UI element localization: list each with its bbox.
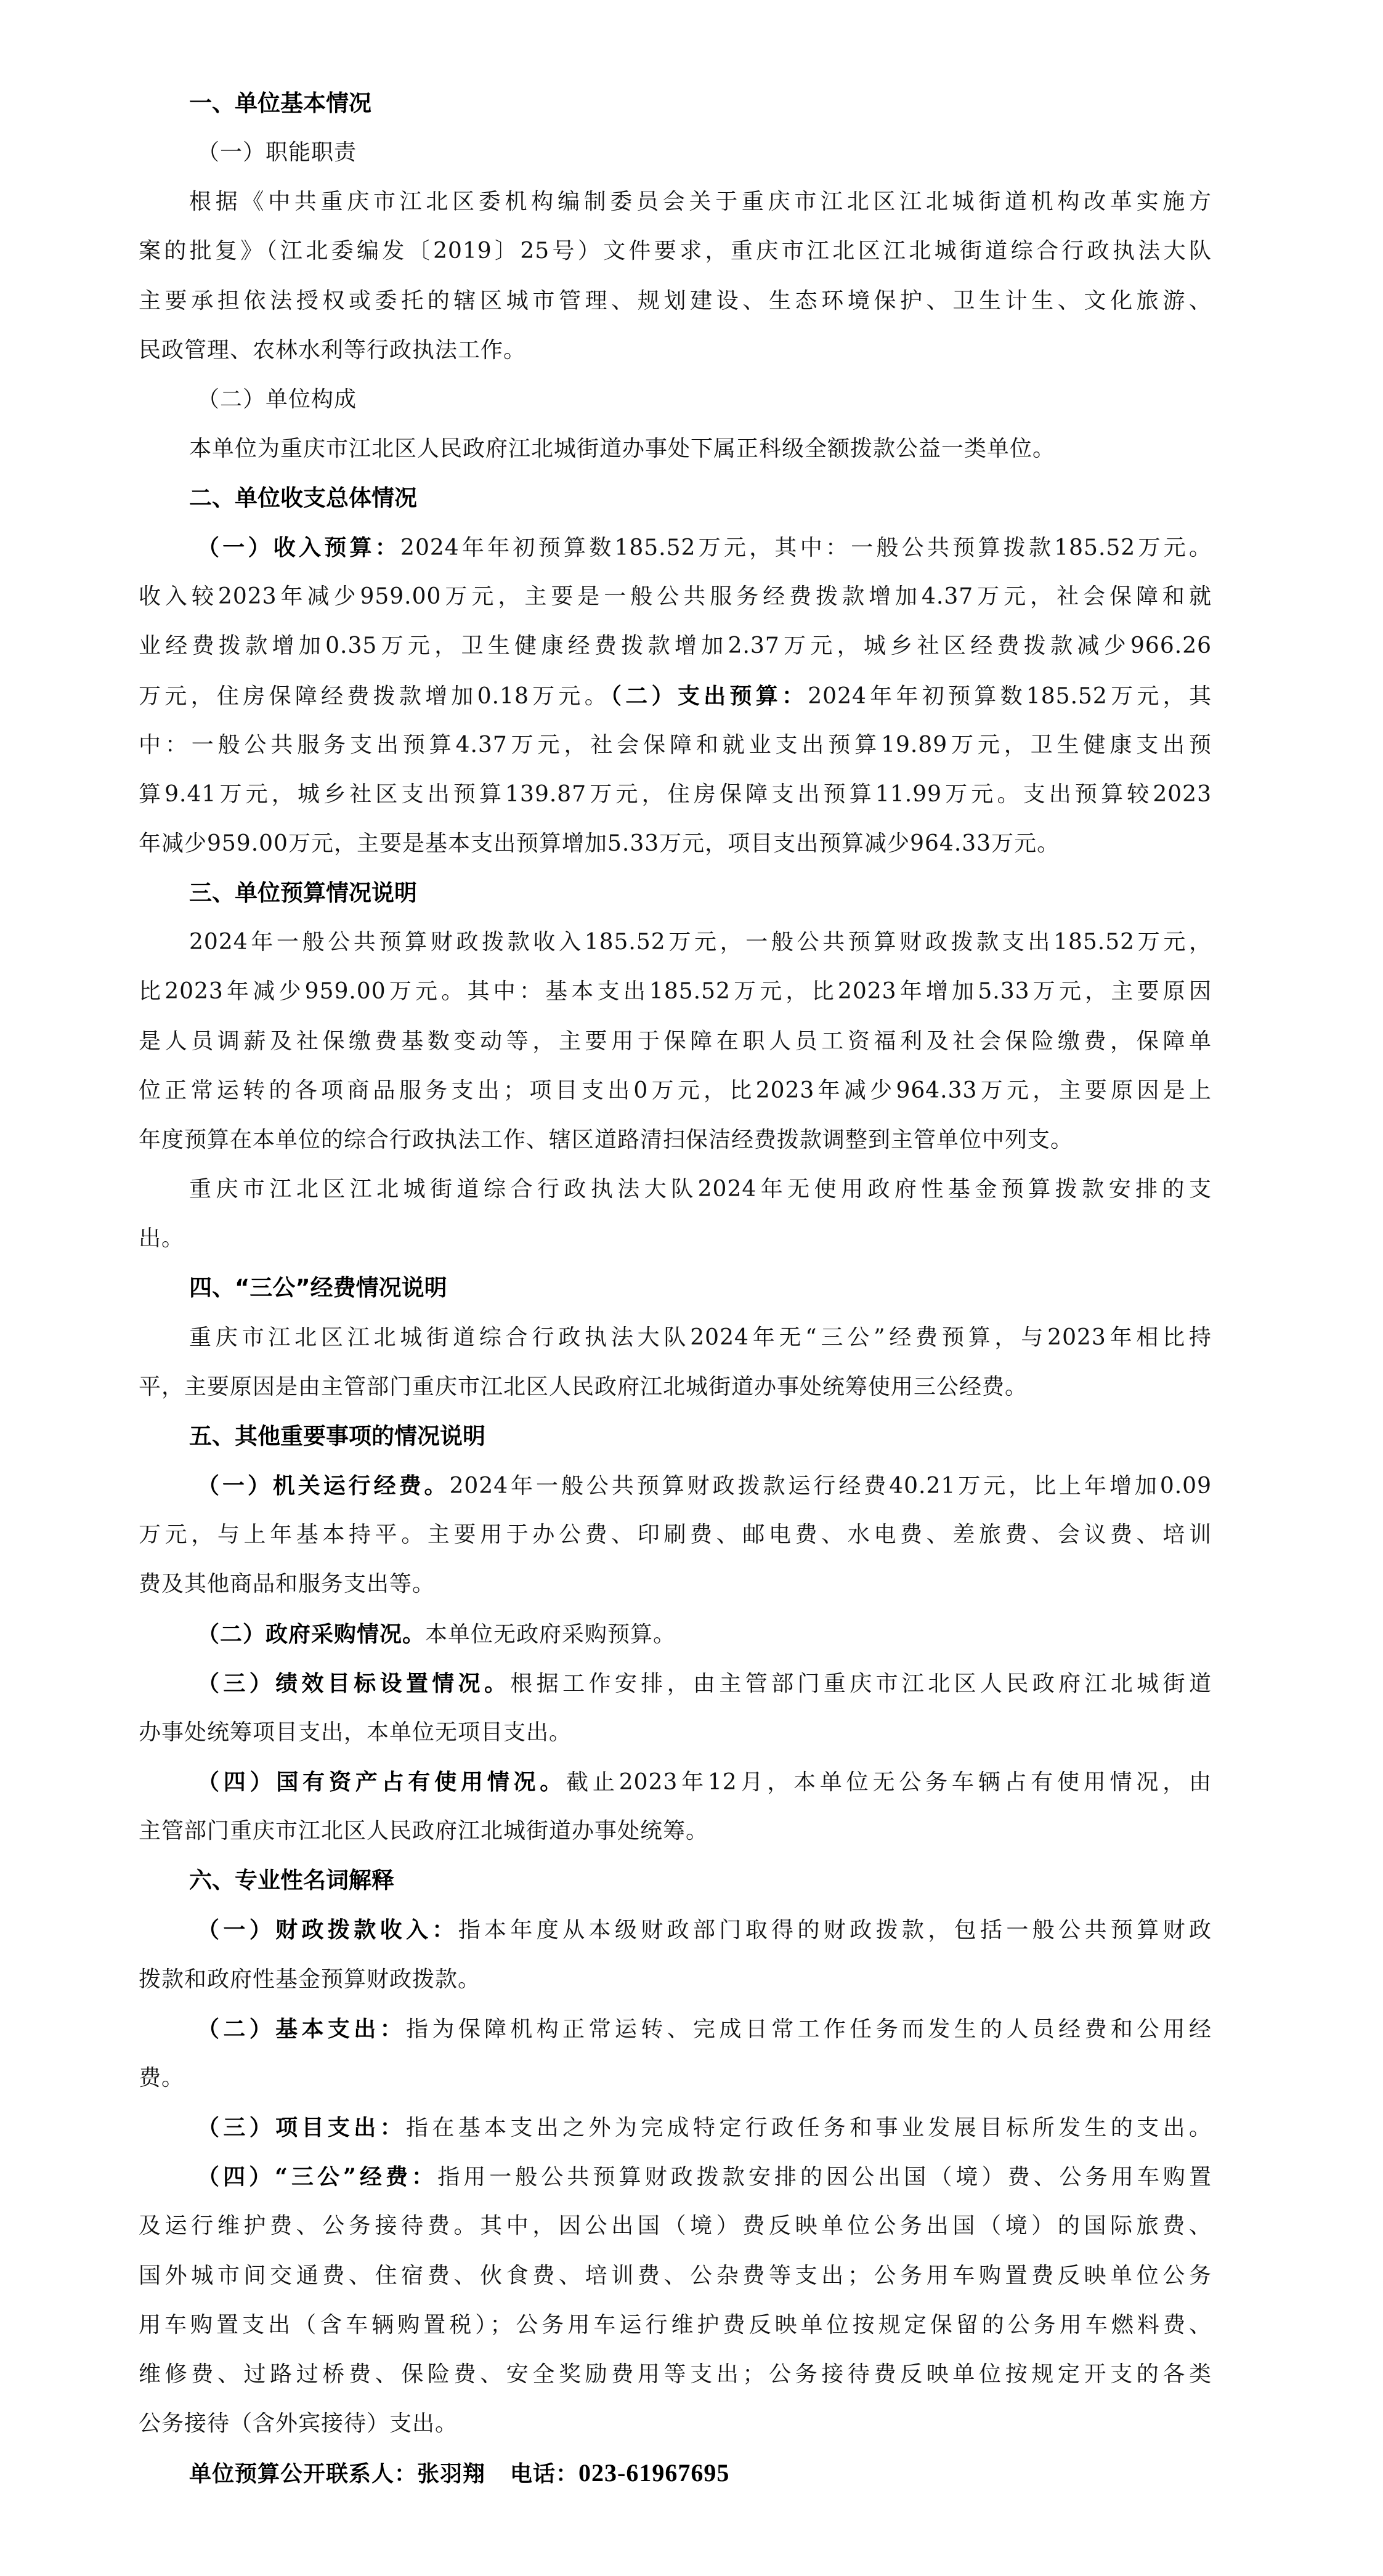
paragraph-line: 本单位为重庆市江北区人民政府江北城街道办事处下属正科级全额拨款公益一类单位。 — [189, 424, 1212, 474]
performance-label: （三）绩效目标设置情况。 — [197, 1671, 510, 1696]
paragraph-line: 中：一般公共服务支出预算4.37万元，社会保障和就业支出预算19.89万元，卫生… — [139, 721, 1212, 770]
paragraph-line: 算9.41万元，城乡社区支出预算139.87万元，住房保障支出预算11.99万元… — [139, 770, 1212, 819]
phone-number: 023-61967695 — [578, 2459, 729, 2487]
paragraph-line: 比2023年减少959.00万元。其中：基本支出185.52万元，比2023年增… — [139, 967, 1212, 1016]
expense-budget-label: （二）支出预算： — [610, 683, 808, 709]
section-heading-3: 三、单位预算情况说明 — [189, 869, 417, 918]
paragraph-line: （四）“三公”经费：指用一般公共预算财政拨款安排的因公出国（境）费、公务用车购置 — [197, 2152, 1212, 2201]
assets-text: 截止2023年12月，本单位无公务车辆占有使用情况，由 — [566, 1770, 1212, 1795]
term-project-expense-label: （三）项目支出： — [197, 2115, 406, 2141]
paragraph-line: （三）项目支出：指在基本支出之外为完成特定行政任务和事业发展目标所发生的支出。 — [197, 2103, 1212, 2152]
contact-person: 单位预算公开联系人：张羽翔 — [189, 2461, 485, 2487]
paragraph-line: 年减少959.00万元，主要是基本支出预算增加5.33万元，项目支出预算减少96… — [139, 819, 1212, 869]
section-heading-2: 二、单位收支总体情况 — [189, 474, 417, 523]
term-fiscal-income-text: 指本年度从本级财政部门取得的财政拨款，包括一般公共预算财政 — [458, 1918, 1212, 1943]
expense-budget-text: 2024年年初预算数185.52万元，其 — [808, 684, 1212, 709]
term-project-expense-text: 指在基本支出之外为完成特定行政任务和事业发展目标所发生的支出。 — [406, 2115, 1212, 2141]
paragraph-line: 万元，住房保障经费拨款增加0.18万元。（二）支出预算：2024年年初预算数18… — [139, 671, 1212, 721]
phone-label: 电话： — [510, 2461, 578, 2487]
paragraph-line: （一）机关运行经费。2024年一般公共预算财政拨款运行经费40.21万元，比上年… — [197, 1461, 1212, 1510]
section-heading-5: 五、其他重要事项的情况说明 — [189, 1412, 485, 1461]
income-budget-text: 2024年年初预算数185.52万元，其中：一般公共预算拨款185.52万元。 — [400, 535, 1212, 561]
paragraph-line: 年度预算在本单位的综合行政执法工作、辖区道路清扫保洁经费拨款调整到主管单位中列支… — [139, 1116, 1212, 1165]
paragraph-line: 维修费、过路过桥费、保险费、安全奖励费用等支出；公务接待费反映单位按规定开支的各… — [139, 2350, 1212, 2399]
term-three-public-label: （四）“三公”经费： — [197, 2164, 437, 2190]
paragraph-line: 位正常运转的各项商品服务支出；项目支出0万元，比2023年减少964.33万元，… — [139, 1066, 1212, 1116]
paragraph-line: 费。 — [139, 2054, 1212, 2103]
paragraph-line: 办事处统筹项目支出，本单位无项目支出。 — [139, 1708, 1212, 1757]
paragraph-line: （四）国有资产占有使用情况。截止2023年12月，本单位无公务车辆占有使用情况，… — [197, 1757, 1212, 1807]
paragraph-line: 重庆市江北区江北城街道综合行政执法大队2024年无“三公”经费预算，与2023年… — [189, 1313, 1212, 1363]
paragraph-line: （二）政府采购情况。本单位无政府采购预算。 — [197, 1610, 1212, 1659]
housing-text: 万元，住房保障经费拨款增加0.18万元。 — [139, 684, 610, 709]
paragraph-line: 是人员调薪及社保缴费基数变动等，主要用于保障在职人员工资福利及社会保险缴费，保障… — [139, 1017, 1212, 1066]
paragraph-line: 费及其他商品和服务支出等。 — [139, 1560, 1212, 1609]
section-heading-6: 六、专业性名词解释 — [189, 1856, 394, 1905]
assets-label: （四）国有资产占有使用情况。 — [197, 1769, 566, 1795]
subheading-composition: （二）单位构成 — [197, 375, 357, 424]
operating-expense-label: （一）机关运行经费。 — [197, 1473, 449, 1499]
paragraph-line: 拨款和政府性基金预算财政拨款。 — [139, 1955, 1212, 2004]
performance-text: 根据工作安排，由主管部门重庆市江北区人民政府江北城街道 — [510, 1671, 1212, 1696]
paragraph-line: 国外城市间交通费、住宿费、伙食费、培训费、公杂费等支出；公务用车购置费反映单位公… — [139, 2251, 1212, 2301]
paragraph-line: （一）财政拨款收入：指本年度从本级财政部门取得的财政拨款，包括一般公共预算财政 — [197, 1905, 1212, 1954]
section-heading-4: 四、“三公”经费情况说明 — [189, 1263, 447, 1313]
term-basic-expense-label: （二）基本支出： — [197, 2016, 406, 2042]
contact-line: 单位预算公开联系人：张羽翔电话：023-61967695 — [189, 2448, 729, 2498]
paragraph-line: 及运行维护费、公务接待费。其中，因公出国（境）费反映单位公务出国（境）的国际旅费… — [139, 2201, 1212, 2251]
paragraph-line: 收入较2023年减少959.00万元，主要是一般公共服务经费拨款增加4.37万元… — [139, 572, 1212, 622]
paragraph-line: 重庆市江北区江北城街道综合行政执法大队2024年无使用政府性基金预算拨款安排的支 — [189, 1165, 1212, 1214]
paragraph-line: 业经费拨款增加0.35万元，卫生健康经费拨款增加2.37万元，城乡社区经费拨款减… — [139, 622, 1212, 671]
paragraph-line: 平，主要原因是由主管部门重庆市江北区人民政府江北城街道办事处统筹使用三公经费。 — [139, 1363, 1212, 1412]
term-basic-expense-text: 指为保障机构正常运转、完成日常工作任务而发生的人员经费和公用经 — [406, 2017, 1212, 2042]
document-page: 一、单位基本情况 （一）职能职责 根据《中共重庆市江北区委机构编制委员会关于重庆… — [0, 0, 1383, 2576]
paragraph-line: （三）绩效目标设置情况。根据工作安排，由主管部门重庆市江北区人民政府江北城街道 — [197, 1659, 1212, 1708]
paragraph-line: 公务接待（含外宾接待）支出。 — [139, 2399, 1212, 2448]
paragraph-line: （一）收入预算：2024年年初预算数185.52万元，其中：一般公共预算拨款18… — [197, 523, 1212, 572]
paragraph-line: 主要承担依法授权或委托的辖区城市管理、规划建设、生态环境保护、卫生计生、文化旅游… — [139, 277, 1212, 326]
paragraph-line: 民政管理、农林水利等行政执法工作。 — [139, 326, 1212, 375]
subheading-functions: （一）职能职责 — [197, 128, 357, 177]
paragraph-line: （二）基本支出：指为保障机构正常运转、完成日常工作任务而发生的人员经费和公用经 — [197, 2004, 1212, 2054]
term-three-public-text: 指用一般公共预算财政拨款安排的因公出国（境）费、公务用车购置 — [437, 2165, 1212, 2190]
procurement-text: 本单位无政府采购预算。 — [425, 1622, 676, 1647]
term-fiscal-income-label: （一）财政拨款收入： — [197, 1917, 458, 1943]
operating-expense-text: 2024年一般公共预算财政拨款运行经费40.21万元，比上年增加0.09 — [449, 1473, 1212, 1499]
paragraph-line: 根据《中共重庆市江北区委机构编制委员会关于重庆市江北区江北城街道机构改革实施方 — [189, 177, 1212, 227]
paragraph-line: 万元，与上年基本持平。主要用于办公费、印刷费、邮电费、水电费、差旅费、会议费、培… — [139, 1510, 1212, 1560]
income-budget-label: （一）收入预算： — [197, 535, 400, 561]
paragraph-line: 出。 — [139, 1214, 1212, 1263]
procurement-label: （二）政府采购情况。 — [197, 1621, 425, 1647]
section-heading-1: 一、单位基本情况 — [189, 79, 371, 128]
paragraph-line: 主管部门重庆市江北区人民政府江北城街道办事处统筹。 — [139, 1807, 1212, 1856]
paragraph-line: 2024年一般公共预算财政拨款收入185.52万元，一般公共预算财政拨款支出18… — [189, 918, 1212, 967]
paragraph-line: 案的批复》（江北委编发〔2019〕25号）文件要求，重庆市江北区江北城街道综合行… — [139, 227, 1212, 276]
paragraph-line: 用车购置支出（含车辆购置税）；公务用车运行维护费反映单位按规定保留的公务用车燃料… — [139, 2301, 1212, 2350]
